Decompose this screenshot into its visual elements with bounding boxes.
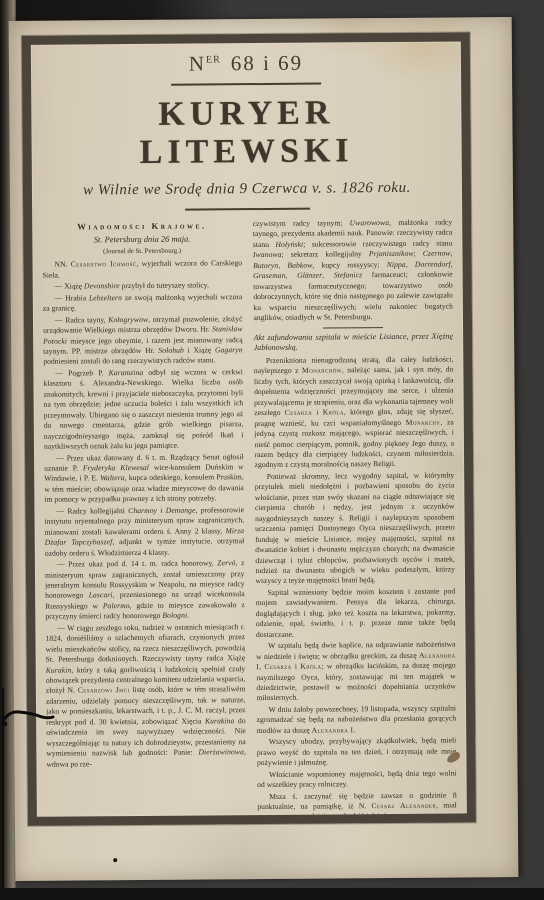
scanner-background-bottom (0, 888, 544, 900)
paragraph: — Przez ukaz pod d. 14 t. m. radca honor… (45, 558, 245, 622)
paragraph: Msza ś. zaczynać się będzie zawsze o god… (257, 790, 457, 822)
paragraph: W dniu żałoby powszechney, 19 listopada,… (257, 703, 457, 736)
paragraph: — Przez ukaz datowany d. 6 t. m. Rządząc… (44, 452, 244, 506)
paragraph: — W ciągu zeszłego roku, tudzież w ostat… (45, 622, 246, 770)
masthead: Ner68 i 69 KURYER LITEWSKI w Wilnie we S… (41, 50, 452, 212)
paragraph: — Hrabia Lebzeltern ze swoją małżonką wy… (43, 292, 243, 314)
newspaper-page: Ner68 i 69 KURYER LITEWSKI w Wilnie we S… (9, 17, 519, 881)
ink-flourish (2, 706, 62, 732)
divider-rule (323, 327, 383, 329)
issue-superscript: er (206, 54, 221, 65)
article-columns: Wiadomości Krajowe. St. Petersburg dnia … (42, 218, 457, 822)
article-heading: Akt zafundowania szpitala w mieście Lisi… (254, 332, 454, 354)
column-dateline: St. Petersburg dnia 26 maja. (42, 235, 242, 247)
paragraph: — Radca tayny, Kołogrywow, otrzymał pozw… (43, 314, 243, 368)
paragraph: Przenikniona nienagrodzoną stratą, dla c… (254, 354, 454, 471)
newspaper-title: KURYER LITEWSKI (41, 94, 452, 173)
paragraph: NN. Cesarstwo Ichmość, wyjechali wczora … (43, 259, 243, 281)
divider-rule (171, 83, 321, 86)
paragraph: Szpital wzniesiony będzie moim kosztem i… (256, 586, 456, 640)
left-column: Wiadomości Krajowe. St. Petersburg dnia … (42, 219, 246, 822)
paragraph: — Radcy kollegijalni Charmoy i Demange, … (44, 505, 244, 559)
scanned-page-scene: Ner68 i 69 KURYER LITEWSKI w Wilnie we S… (0, 0, 544, 900)
paragraph: — Pogrzeb P. Karamzina odbył się wczora … (43, 367, 243, 452)
page-border-frame: Ner68 i 69 KURYER LITEWSKI w Wilnie we S… (22, 32, 476, 825)
issue-number: Ner68 i 69 (41, 50, 451, 78)
paragraph: Włościanie wspomioney majętności, będą d… (257, 768, 457, 790)
continuation-paragraph: czywistym radcy taynym; Uwarowowa, małżo… (253, 218, 453, 324)
paragraph-list: Przenikniona nienagrodzoną stratą, dla c… (254, 354, 457, 821)
divider-rule (185, 208, 310, 211)
issue-numbers: 68 i 69 (231, 51, 304, 76)
issue-prefix: N (189, 51, 206, 75)
paragraph: W szpitalu będą dwie kaplice, na odprawi… (256, 640, 456, 704)
ink-dot (113, 858, 117, 862)
right-column: czywistym radcy taynym; Uwarowowa, małżo… (253, 218, 457, 821)
source-note: (Journal de St. Petersbourg.) (42, 246, 242, 258)
paragraph: Wszyscy ubodzy, przybywający zkądkolwiek… (257, 736, 457, 769)
masthead-dateline: w Wilnie we Srodę dnia 9 Czerwca v. s. 1… (42, 180, 452, 200)
paragraph-list: NN. Cesarstwo Ichmość, wyjechali wczora … (43, 259, 246, 770)
paragraph: — Xiążę Devonshire przybył do tuteyszey … (43, 280, 243, 292)
section-heading: Wiadomości Krajowe. (42, 220, 242, 232)
paragraph: Ponieważ skromny, lecz wygodny szpital, … (255, 470, 455, 587)
